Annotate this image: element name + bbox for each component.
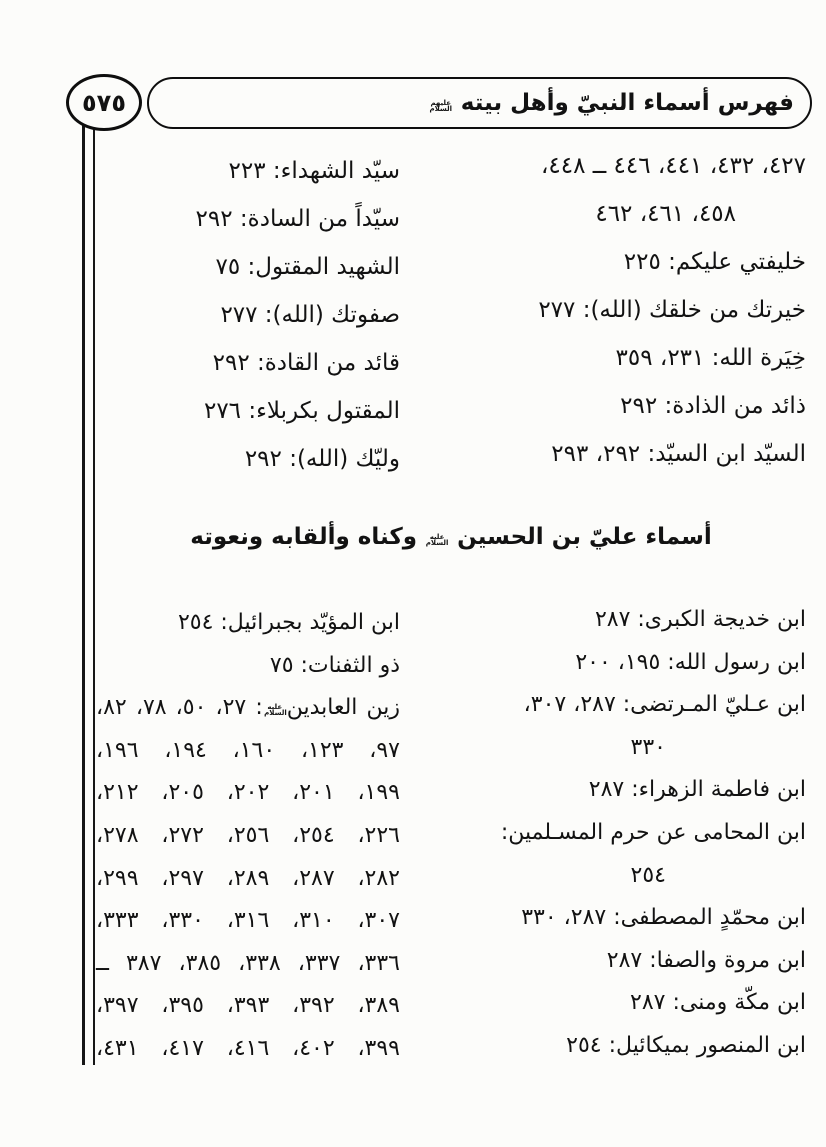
- section-heading: أسماء عليّ بن الحسين عليه السلام وكناه و…: [96, 517, 806, 557]
- index-pages-line: ٣٨٩، ٣٩٢، ٣٩٣، ٣٩٥، ٣٩٧،: [96, 985, 400, 1028]
- margin-double-rule: [82, 124, 95, 1065]
- index-pages-line: ٢٢٦، ٢٥٤، ٢٥٦، ٢٧٢، ٢٧٨،: [96, 815, 400, 858]
- index-entry: ابن مكّة ومنى: ٢٨٧: [420, 982, 806, 1025]
- index-pages-line: ٩٧، ١٢٣، ١٦٠، ١٩٤، ١٩٦،: [96, 730, 400, 773]
- page-number-badge: ٥٧٥: [66, 74, 142, 131]
- honorific-seal: عليه السلام: [425, 534, 449, 547]
- index-pages-line: ١٩٩، ٢٠١، ٢٠٢، ٢٠٥، ٢١٢،: [96, 772, 400, 815]
- index-pages-line: ٢٨٢، ٢٨٧، ٢٨٩، ٢٩٧، ٢٩٩،: [96, 858, 400, 901]
- index-entry: المقتول بكربلاء: ٢٧٦: [96, 387, 400, 435]
- index-pages-line: ٣٠٧، ٣١٠، ٣١٦، ٣٣٠، ٣٣٣،: [96, 900, 400, 943]
- index-entry: ابن المحامى عن حرم المسـلمين:: [420, 812, 806, 855]
- page-number: ٥٧٥: [82, 89, 126, 117]
- index-entry: الشهيد المقتول: ٧٥: [96, 243, 400, 291]
- index-pages-line: ٣٣٦، ٣٣٧، ٣٣٨، ٣٨٥، ٣٨٧ ــ: [96, 943, 400, 986]
- index-entry: ابن عـليّ المـرتضى: ٢٨٧، ٣٠٧،: [420, 684, 806, 727]
- index-pages-line: ٤٢٧، ٤٣٢، ٤٤١، ٤٤٦ ــ ٤٤٨،: [420, 142, 806, 190]
- index-entry: ابن المؤيّد بجبرائيل: ٢٥٤: [96, 602, 400, 645]
- index-pages-line: ٣٩٩، ٤٠٢، ٤١٦، ٤١٧، ٤٣١،: [96, 1028, 400, 1071]
- page-title-text: فهرس أسماء النبيّ وأهل بيته: [461, 90, 794, 116]
- page-title: فهرس أسماء النبيّ وأهل بيته عليهم السلام: [429, 90, 794, 116]
- honorific-seal: عليه السلام: [263, 704, 287, 717]
- entry-name: زين العابدين: [287, 695, 400, 720]
- index-entry: ابن رسول الله: ١٩٥، ٢٠٠: [420, 642, 806, 685]
- index-entry: ابن محمّدٍ المصطفى: ٢٨٧، ٣٣٠: [420, 897, 806, 940]
- index-column-left-sajjad: ابن المؤيّد بجبرائيل: ٢٥٤ ذو الثفنات: ٧٥…: [96, 602, 400, 1071]
- section-heading-after: وكناه وألقابه ونعوته: [190, 524, 417, 550]
- index-entry: خليفتي عليكم: ٢٢٥: [420, 238, 806, 286]
- page-title-pill: فهرس أسماء النبيّ وأهل بيته عليهم السلام: [147, 77, 812, 129]
- index-entry: وليّك (الله): ٢٩٢: [96, 435, 400, 483]
- index-entry: صفوتك (الله): ٢٧٧: [96, 291, 400, 339]
- index-column-right-sajjad: ابن خديجة الكبرى: ٢٨٧ ابن رسول الله: ١٩٥…: [420, 599, 806, 1068]
- index-entry: قائد من القادة: ٢٩٢: [96, 339, 400, 387]
- section-heading-before: أسماء عليّ بن الحسين: [457, 524, 712, 550]
- index-entry: ذائد من الذادة: ٢٩٢: [420, 382, 806, 430]
- book-page: { "page": { "number": "٥٧٥", "ink_color"…: [0, 0, 826, 1147]
- index-entry: ابن مروة والصفا: ٢٨٧: [420, 940, 806, 983]
- index-pages-line: ٤٥٨، ٤٦١، ٤٦٢: [420, 190, 806, 238]
- index-entry: ذو الثفنات: ٧٥: [96, 645, 400, 688]
- index-column-left-husayn: سيّد الشهداء: ٢٢٣ سيّداً من السادة: ٢٩٢ …: [96, 147, 400, 483]
- index-entry: السيّد ابن السيّد: ٢٩٢، ٢٩٣: [420, 430, 806, 478]
- index-column-right-husayn: ٤٢٧، ٤٣٢، ٤٤١، ٤٤٦ ــ ٤٤٨، ٤٥٨، ٤٦١، ٤٦٢…: [420, 142, 806, 478]
- entry-pages: : ٢٧، ٥٠، ٧٨، ٨٢،: [96, 695, 263, 720]
- index-entry: ابن فاطمة الزهراء: ٢٨٧: [420, 769, 806, 812]
- index-pages-line: ٢٥٤: [420, 855, 806, 898]
- index-pages-line: ٣٣٠: [420, 727, 806, 770]
- index-entry: خيرتك من خلقك (الله): ٢٧٧: [420, 286, 806, 334]
- honorific-seal: عليهم السلام: [429, 100, 453, 113]
- index-entry: سيّداً من السادة: ٢٩٢: [96, 195, 400, 243]
- index-entry-zayn-alabidin: زين العابدينعليه السلام: ٢٧، ٥٠، ٧٨، ٨٢،: [96, 687, 400, 730]
- index-entry: سيّد الشهداء: ٢٢٣: [96, 147, 400, 195]
- index-entry: ابن خديجة الكبرى: ٢٨٧: [420, 599, 806, 642]
- index-entry: ابن المنصور بميكائيل: ٢٥٤: [420, 1025, 806, 1068]
- index-entry: خِيَرة الله: ٢٣١، ٣٥٩: [420, 334, 806, 382]
